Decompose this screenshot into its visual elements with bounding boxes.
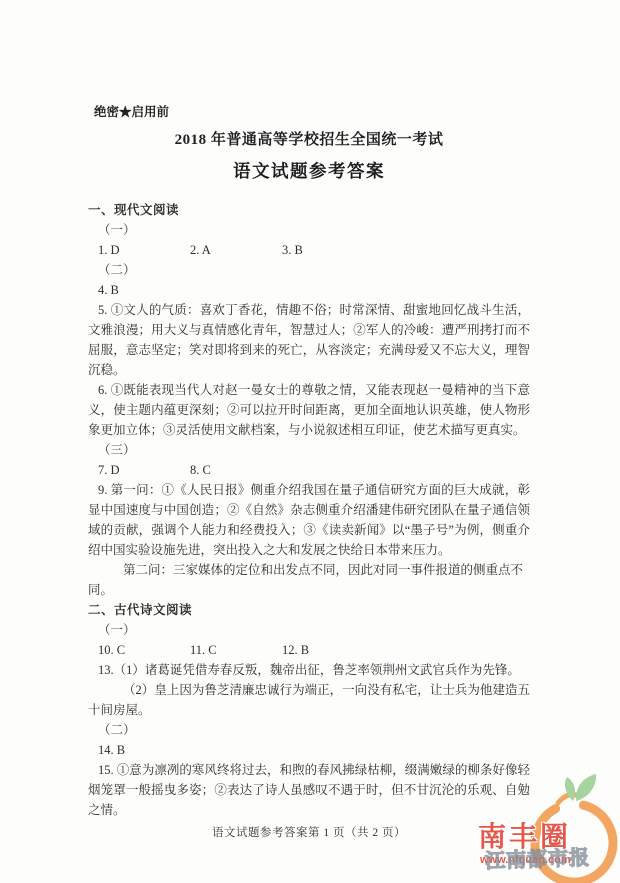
answer-line: 13.（1）诸葛诞凭借寿春反叛，魏帝出征，鲁芝率领荆州文武官兵作为先锋。 [88,660,530,680]
answer-paragraph: 5. ①文人的气质：喜欢丁香花，情趣不俗；时常深情、甜蜜地回忆战斗生活，文雅浪漫… [88,300,530,380]
exam-title: 2018 年普通高等学校招生全国统一考试 [88,128,530,149]
choice-answers-row: 7. D8. C [88,460,530,480]
overlay-watermark-text: 江南都市报 [485,841,591,874]
leaf-icon [576,774,596,801]
choice-answer: 10. C [98,640,190,660]
paper-title: 语文试题参考答案 [88,158,530,183]
choice-answer: 2. A [190,240,282,260]
answer-paragraph: 9. 第一问：①《人民日报》侧重介绍我国在量子通信研究方面的巨大成就，彰显中国速… [88,480,530,560]
indented-answer-line: 第二问：三家媒体的定位和出发点不同，因此对同一事件报道的侧重点不同。 [88,560,530,600]
security-label: 绝密★启用前 [94,102,530,120]
subsection-marker: （三） [88,440,530,460]
answer-paragraph: 6. ①既能表现当代人对赵一曼女士的尊敬之情，又能表现赵一曼精神的当下意义，使主… [88,380,530,440]
choice-answers-row: 1. D2. A3. B [88,240,530,260]
hanging-indent-paragraph: （2）皇上因为鲁芝清廉忠诚行为端正，一向没有私宅，让士兵为他建造五十间房屋。 [88,680,530,720]
answer-line: 14. B [88,740,530,760]
subsection-marker: （二） [88,720,530,740]
choice-answer: 3. B [282,240,374,260]
answer-content: 一、现代文阅读（一）1. D2. A3. B（二）4. B5. ①文人的气质：喜… [88,200,530,820]
answer-line: 4. B [88,280,530,300]
choice-answer: 11. C [190,640,282,660]
choice-answer: 7. D [98,460,190,480]
choice-answers-row: 10. C11. C12. B [88,640,530,660]
subsection-marker: （一） [88,620,530,640]
page-footer: 语文试题参考答案第 1 页（共 2 页） [88,824,530,840]
answer-paragraph: 15. ①意为凛冽的寒风终将过去，和煦的春风拂绿枯柳，缀满嫩绿的柳条好像轻烟笼罩… [88,760,530,820]
subsection-marker: （一） [88,220,530,240]
choice-answer: 8. C [190,460,282,480]
choice-answer: 12. B [282,640,374,660]
subsection-marker: （二） [88,260,530,280]
publisher-watermark: 南丰圈 www.nfquan.com 江南都市报 [472,773,620,883]
section-heading: 二、古代诗文阅读 [88,600,530,620]
scanned-answer-page: 绝密★启用前 2018 年普通高等学校招生全国统一考试 语文试题参考答案 一、现… [0,0,620,883]
choice-answer: 1. D [98,240,190,260]
section-heading: 一、现代文阅读 [88,200,530,220]
